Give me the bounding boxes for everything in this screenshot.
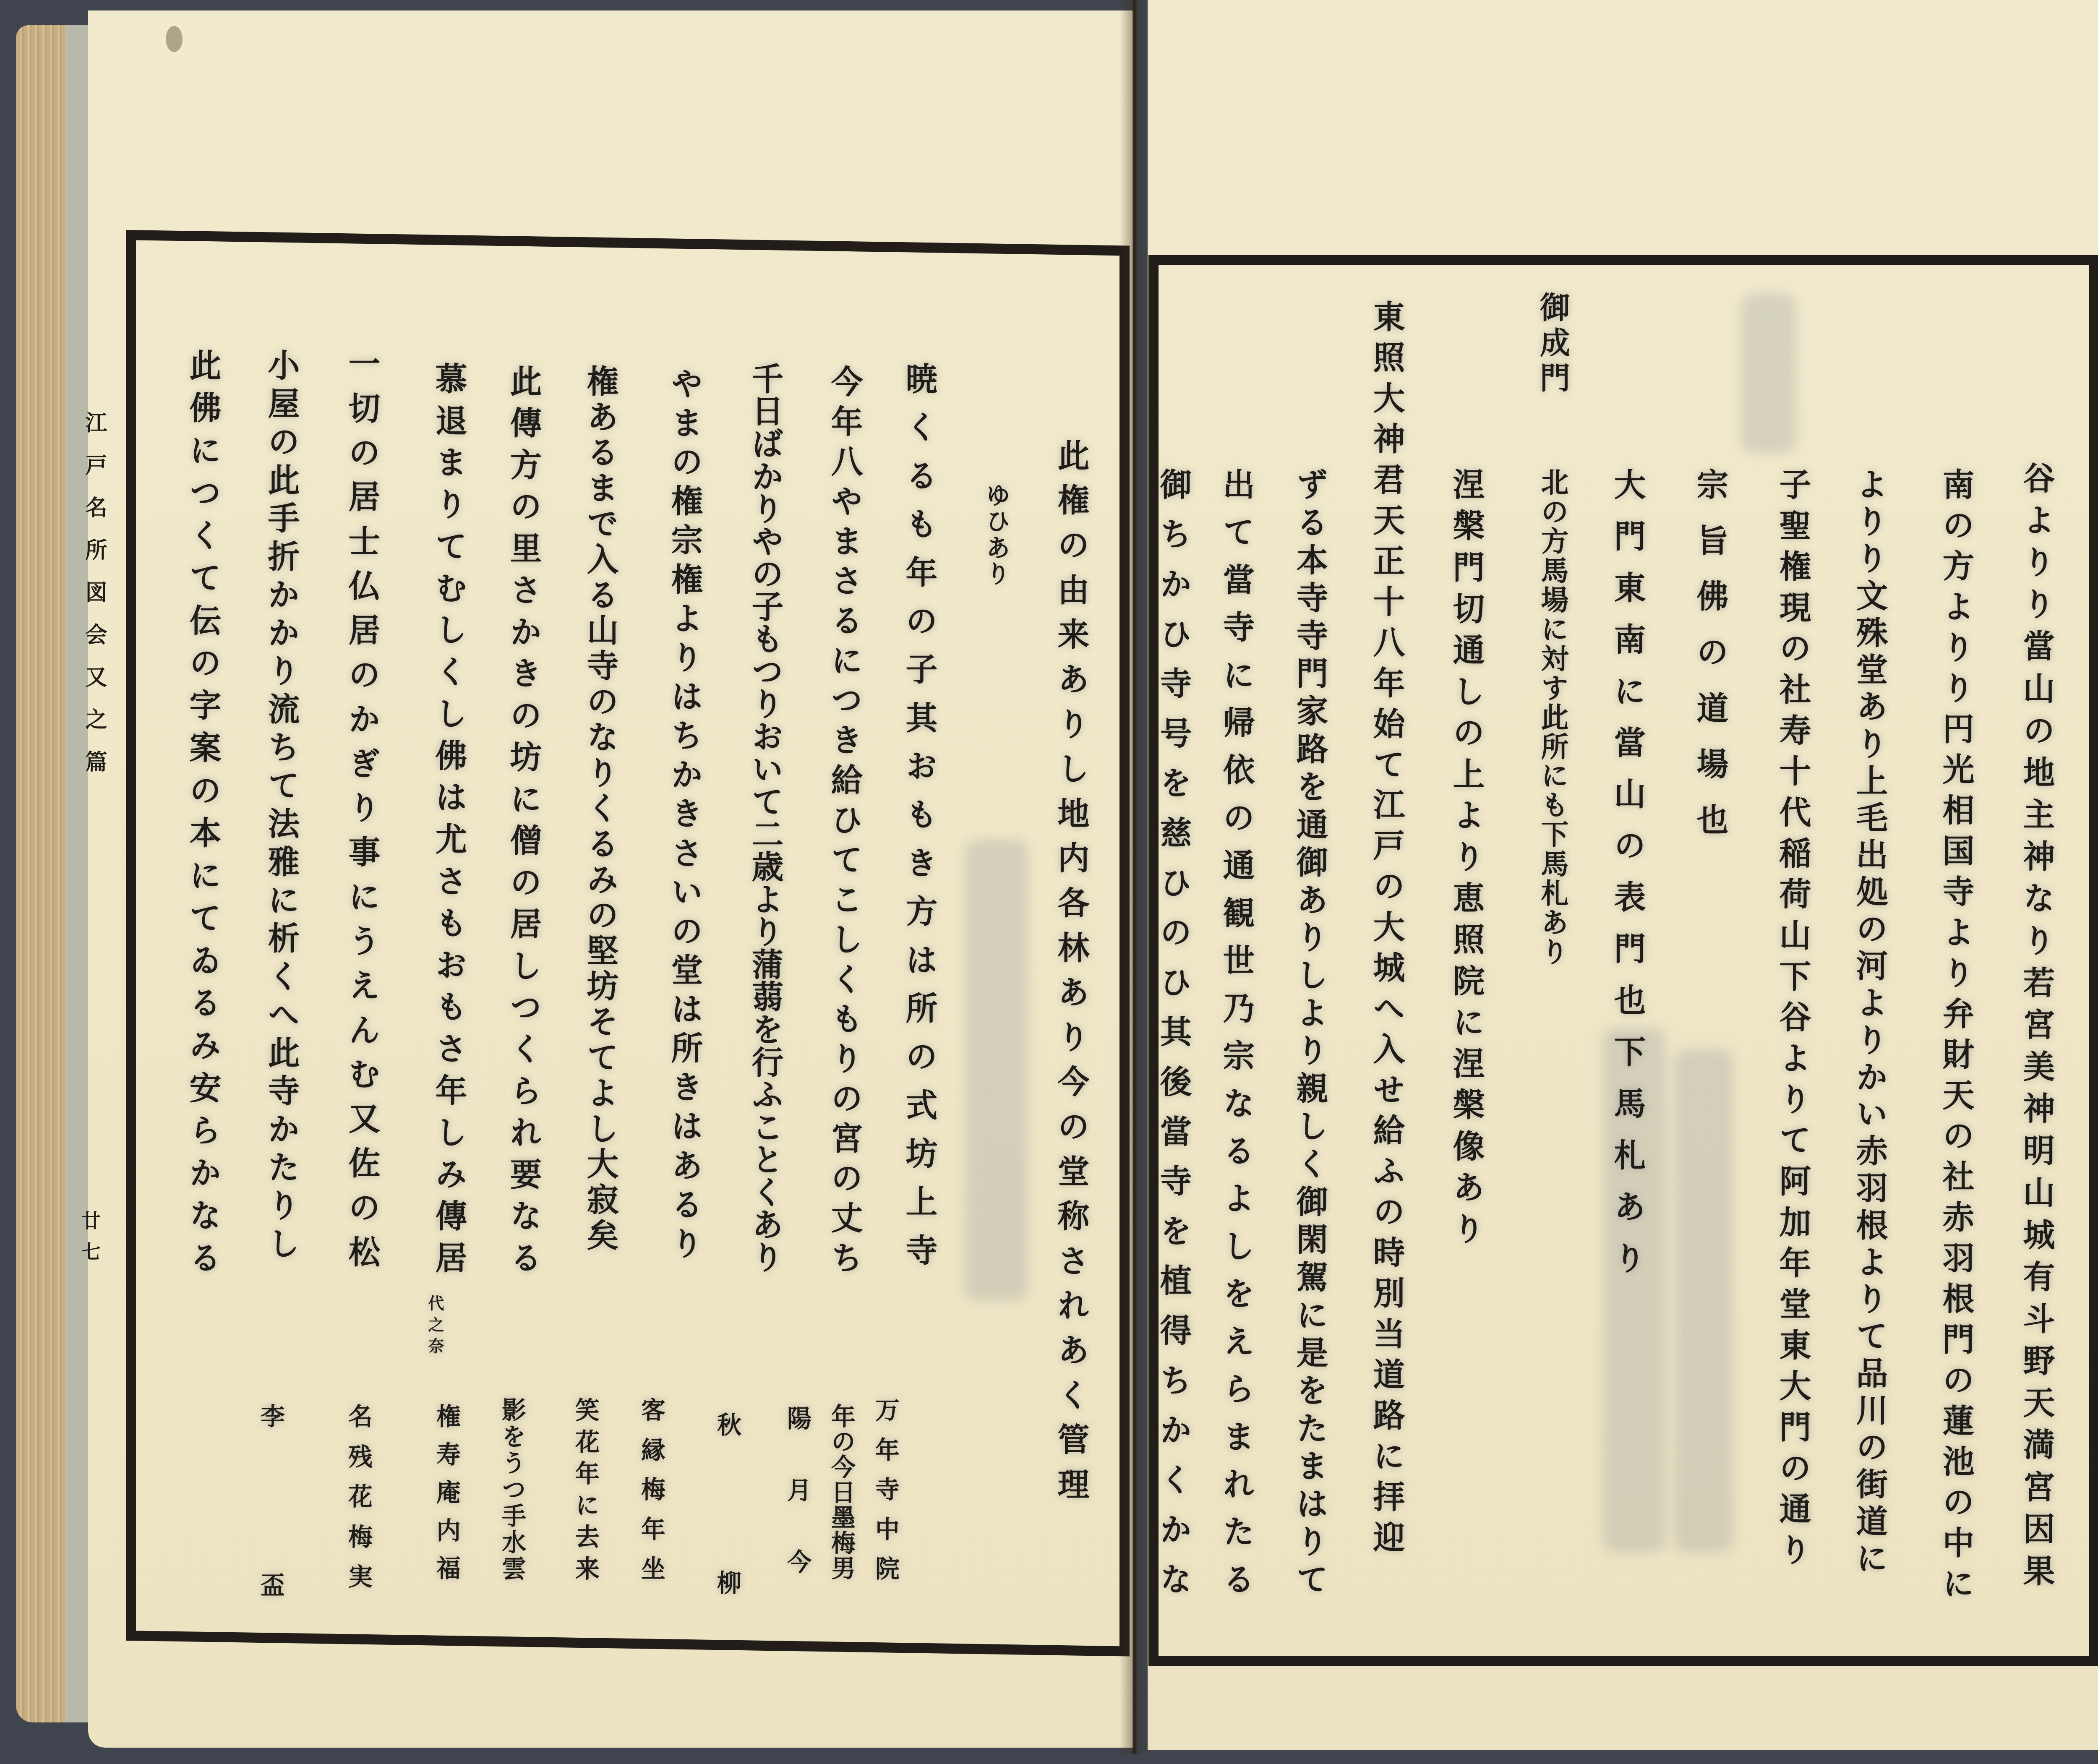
poem-line: 名残花梅実	[339, 1404, 377, 1588]
poem-annotation: 代之奈	[422, 1295, 447, 1354]
text-column: 此権の由来ありし地内各林あり今の堂称されあく管理	[1047, 439, 1094, 1500]
book-spine-gutter	[1119, 0, 1150, 1754]
poem-line: 客縁梅年坐	[632, 1397, 670, 1580]
text-column: 南の方よりり円光相国寺より弁財天の社赤羽根門の蓮池の中に	[1932, 468, 1979, 1599]
text-column: 涅槃門切通しの上より恵照院に涅槃像あり	[1443, 468, 1490, 1244]
text-column: やまの権宗権よりはちかきさいの堂は所きはあるり	[661, 367, 708, 1259]
text-column: 今年八やまさるにつき給ひてこしくもりの宮の丈ち	[821, 365, 868, 1273]
text-column: 此傳方の里さかきの坊に僧の居しつくられ要なる	[500, 365, 547, 1273]
text-column: 慕退まりてむしくし佛は尤さもおもさ年しみ傳居	[425, 362, 472, 1273]
left-page-number: 廿七	[77, 1211, 102, 1261]
text-column: 東照大神君天正十八年始て江戸の大城へ入せ給ふの時別当道路に拝迎	[1363, 300, 1410, 1553]
text-column: 子聖権現の社寿十代稲荷山下谷よりて阿加年堂東大門の通り	[1769, 468, 1816, 1565]
text-column: ゆひあり	[973, 483, 1020, 585]
text-column: ずる本寺寺門家路を通御ありしより親しく御閑駕に是をたまはりて	[1286, 468, 1333, 1594]
section-heading-onarimon: 御成門	[1529, 292, 1576, 392]
text-column: よりり文殊堂あり上毛出処の河よりかい赤羽根よりて品川の街道に	[1846, 468, 1893, 1574]
poem-line: 陽月今	[778, 1406, 816, 1574]
text-column: 千日ばかりやの子もつりおいて二歳より蒲蒻を行ふことくあり	[741, 362, 788, 1273]
text-column: 宗旨佛の道場也	[1686, 468, 1733, 835]
text-column: 大門東南に當山の表門也下馬札あり	[1604, 468, 1651, 1273]
poem-line: 笑花年に去来	[566, 1397, 604, 1580]
left-page-block-edge	[16, 25, 88, 1722]
poem-line: 秋柳	[708, 1412, 746, 1594]
text-column: 北の方馬場に対す此所にも下馬札あり	[1529, 468, 1576, 965]
text-column: 暁くるも年の子其おもき方は所の式坊上寺	[895, 362, 942, 1266]
text-column: 出て當寺に帰依の通観世乃宗なるよしをえらまれたる	[1213, 468, 1260, 1594]
poem-line: 影をうつ手水雲	[493, 1397, 531, 1580]
poem-line: 年の今日墨梅男	[822, 1404, 860, 1580]
paper-stain	[166, 26, 183, 52]
poem-line: 万年寺中院	[866, 1397, 904, 1580]
poem-line: 李盃	[252, 1404, 290, 1597]
text-column: 一切の居士仏居のかぎり事にうえんむ又佐の松	[338, 347, 385, 1267]
poem-line: 権寿庵内福	[428, 1404, 465, 1580]
text-column: 谷よりり當山の地主神なり若宮美神明山城有斗野天満宮因果	[2013, 462, 2060, 1586]
text-column: 小屋の此手折かかり流ちて法雅に析くへ此寺かたりし	[258, 349, 305, 1259]
text-column: 此佛につくて伝の字案の本にてゐるみ安らかなる	[179, 349, 226, 1273]
left-margin-title: 江戸名所図会又之篇	[81, 411, 107, 772]
text-column: 権あるまで入る山寺のなりくるみの堅坊そてよし大寂矣	[577, 365, 624, 1250]
text-column: 御ちかひ寺号を慈ひのひ其後當寺を植得ちかくかな	[1150, 468, 1197, 1594]
